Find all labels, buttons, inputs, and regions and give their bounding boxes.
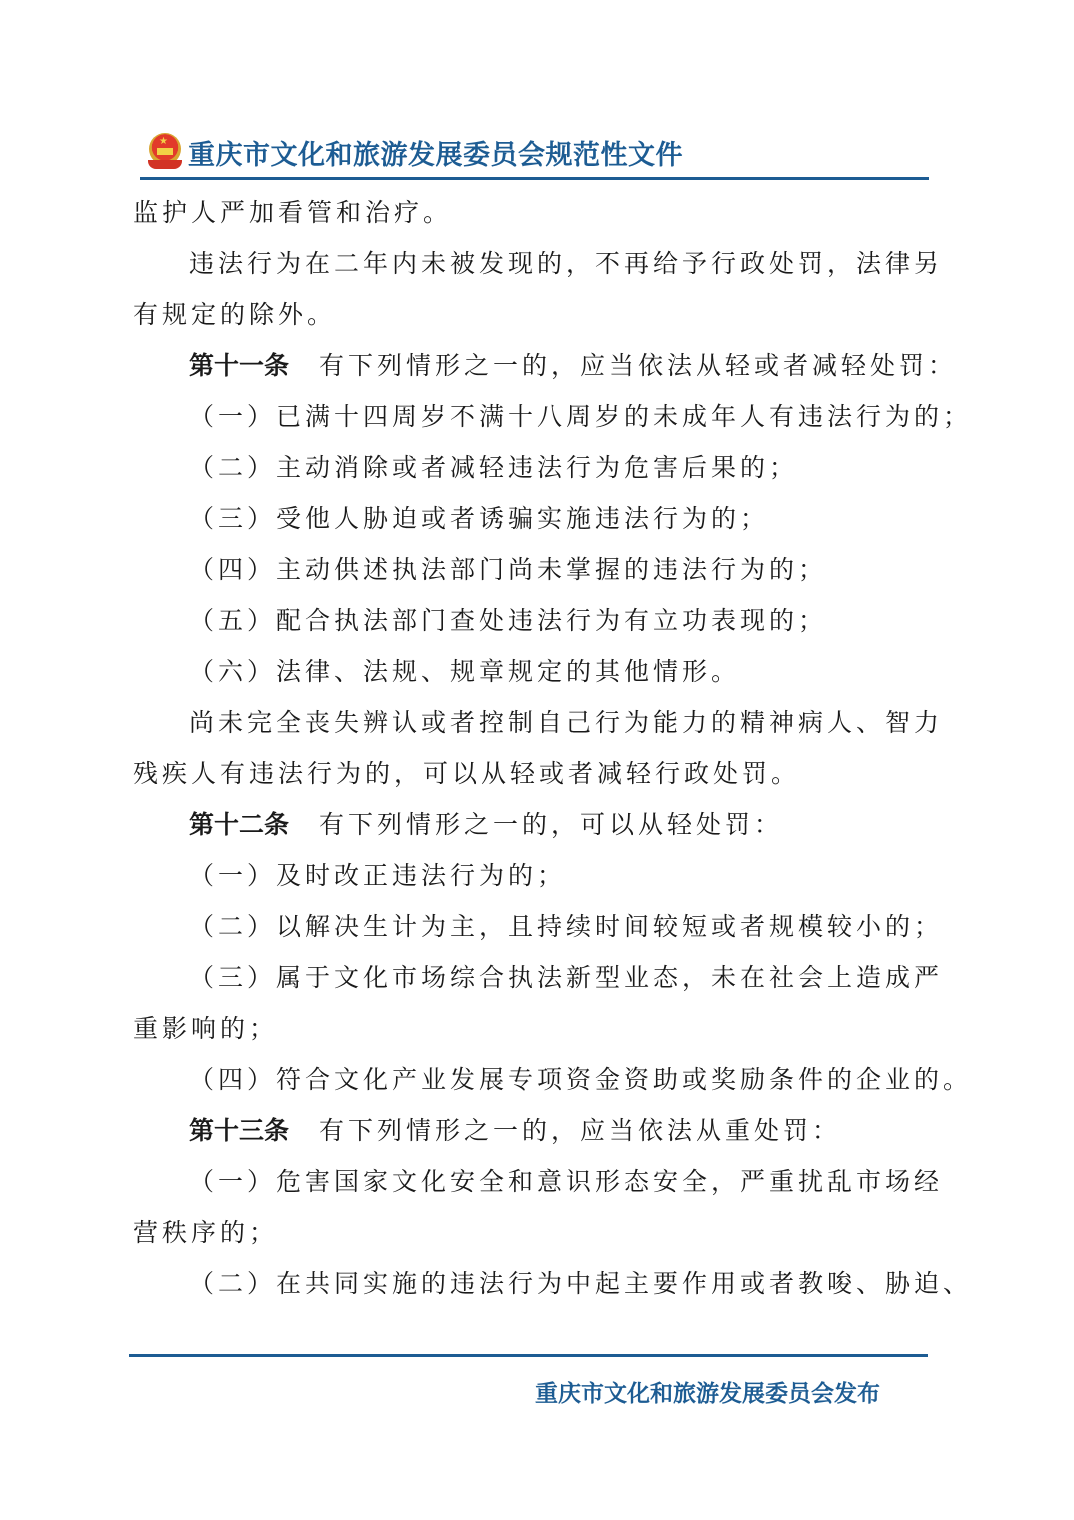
article-line: 第十三条有下列情形之一的，应当依法从重处罚：: [133, 1108, 948, 1159]
list-item: （四）符合文化产业发展专项资金资助或奖励条件的企业的。: [133, 1057, 948, 1108]
footer-publisher: 重庆市文化和旅游发展委员会发布: [535, 1375, 880, 1408]
article-text: 有下列情形之一的，应当依法从重处罚：: [319, 1116, 841, 1145]
article-text: 有下列情形之一的，应当依法从轻或者减轻处罚：: [319, 351, 957, 380]
article-line: 第十一条有下列情形之一的，应当依法从轻或者减轻处罚：: [133, 343, 948, 394]
article-number: 第十三条: [189, 1116, 289, 1145]
list-item: （三）属于文化市场综合执法新型业态，未在社会上造成严: [133, 955, 948, 1006]
text-line: 有规定的除外。: [133, 292, 948, 343]
article-text: 有下列情形之一的，可以从轻处罚：: [319, 810, 783, 839]
list-item: （四）主动供述执法部门尚未掌握的违法行为的；: [133, 547, 948, 598]
list-item: （一）危害国家文化安全和意识形态安全，严重扰乱市场经: [133, 1159, 948, 1210]
text-line: 尚未完全丧失辨认或者控制自己行为能力的精神病人、智力: [133, 700, 948, 751]
text-line: 营秩序的；: [133, 1210, 948, 1261]
article-line: 第十二条有下列情形之一的，可以从轻处罚：: [133, 802, 948, 853]
list-item: （一）已满十四周岁不满十八周岁的未成年人有违法行为的；: [133, 394, 948, 445]
list-item: （二）主动消除或者减轻违法行为危害后果的；: [133, 445, 948, 496]
national-emblem-icon: ★: [146, 132, 184, 172]
list-item: （二）在共同实施的违法行为中起主要作用或者教唆、胁迫、: [133, 1261, 948, 1312]
list-item: （一）及时改正违法行为的；: [133, 853, 948, 904]
article-number: 第十二条: [189, 810, 289, 839]
header-title: 重庆市文化和旅游发展委员会规范性文件: [188, 133, 683, 172]
text-line: 监护人严加看管和治疗。: [133, 190, 948, 241]
text-line: 重影响的；: [133, 1006, 948, 1057]
footer-divider: [129, 1354, 928, 1357]
document-header: ★ 重庆市文化和旅游发展委员会规范性文件: [146, 130, 683, 174]
text-line: 违法行为在二年内未被发现的，不再给予行政处罚，法律另: [133, 241, 948, 292]
list-item: （三）受他人胁迫或者诱骗实施违法行为的；: [133, 496, 948, 547]
text-line: 残疾人有违法行为的，可以从轻或者减轻行政处罚。: [133, 751, 948, 802]
document-body: 监护人严加看管和治疗。 违法行为在二年内未被发现的，不再给予行政处罚，法律另 有…: [133, 190, 948, 1312]
article-number: 第十一条: [189, 351, 289, 380]
list-item: （五）配合执法部门查处违法行为有立功表现的；: [133, 598, 948, 649]
header-divider: [140, 177, 929, 180]
list-item: （二）以解决生计为主，且持续时间较短或者规模较小的；: [133, 904, 948, 955]
list-item: （六）法律、法规、规章规定的其他情形。: [133, 649, 948, 700]
